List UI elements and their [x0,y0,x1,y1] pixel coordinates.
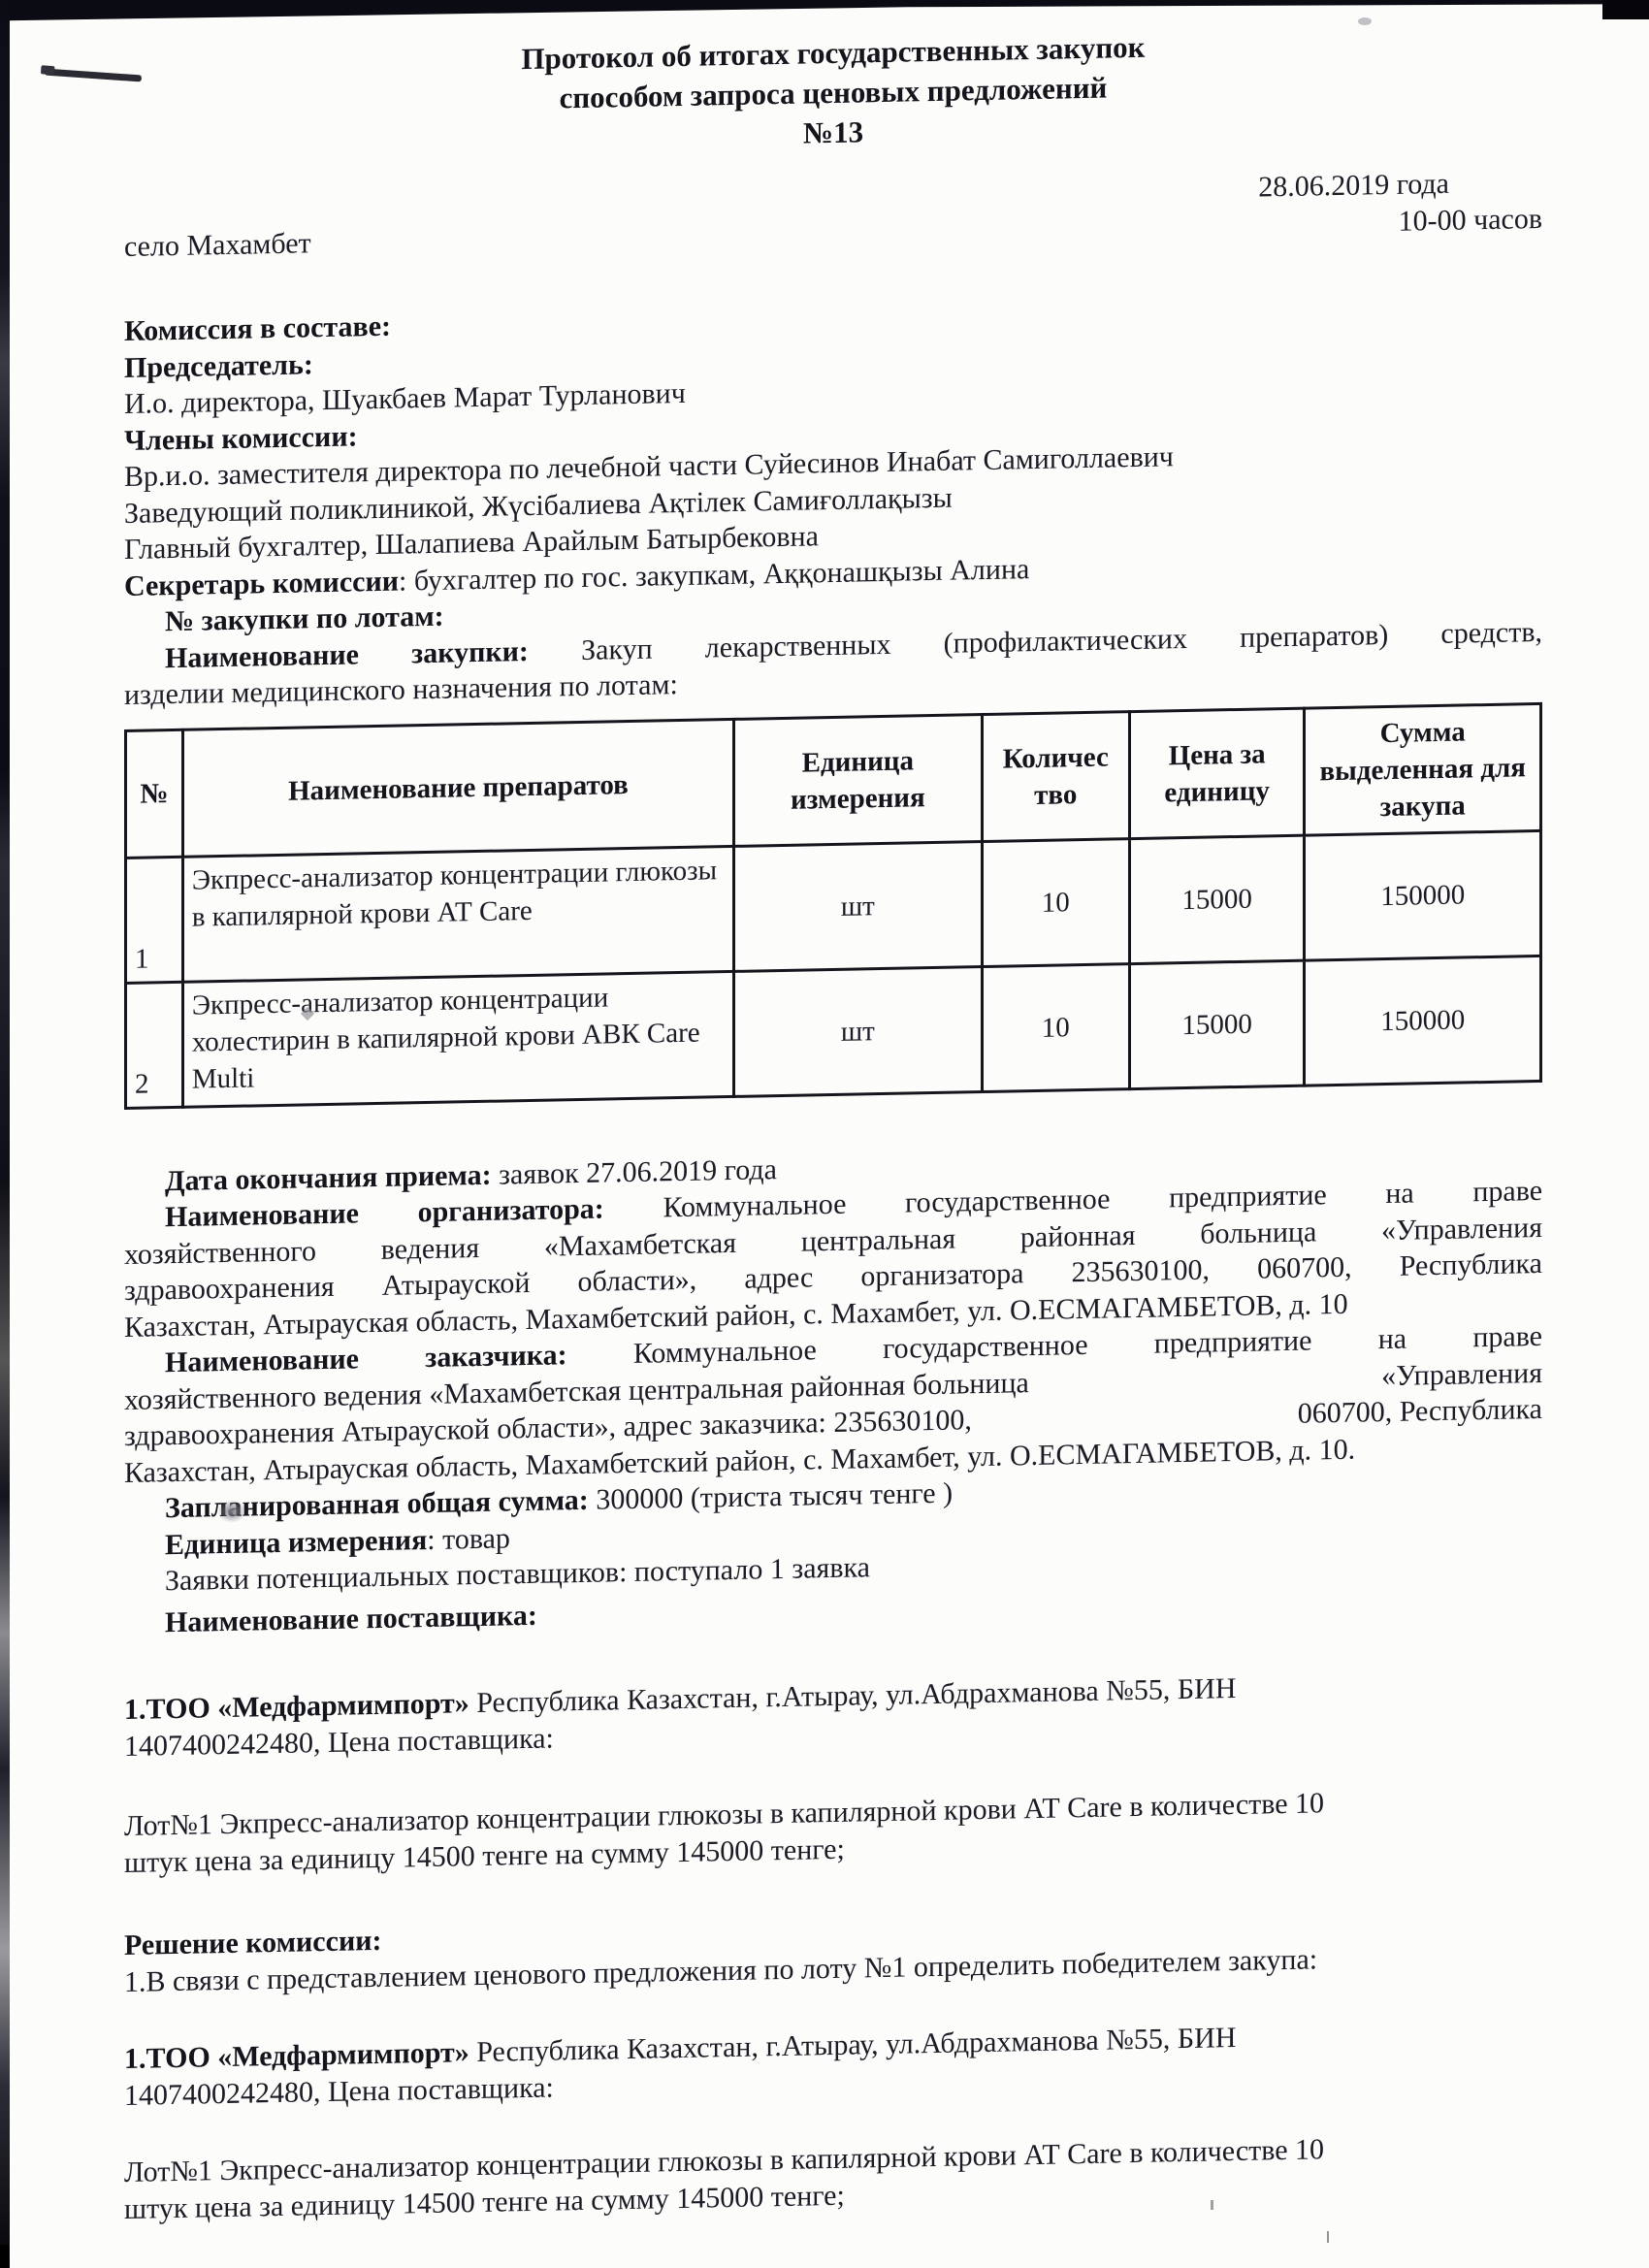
row-unit: шт [734,966,983,1096]
row-sum: 150000 [1305,830,1541,960]
document-content: Протокол об итогах государственных закуп… [124,19,1542,2227]
secretary-label: Секретарь комиссии [124,565,399,601]
scan-edge-left [0,0,10,2268]
row-sum: 150000 [1305,956,1541,1085]
supplier-1-block: 1.ТОО «Медфармимпорт» Республика Казахст… [124,1665,1542,1765]
row-price: 15000 [1129,835,1305,963]
supplier-1-name: 1.ТОО «Медфармимпорт» [124,1687,469,1726]
scan-smudge [217,1500,246,1523]
col-header-name: Наименование препаратов [182,719,733,857]
scan-corner-bottom-left [0,2245,9,2268]
col-header-sum: Сумма выделенная для закупа [1305,703,1541,835]
unit-label: Единица измерения [165,1524,427,1561]
document-date: 28.06.2019 года [1258,164,1542,207]
document-time: 10-00 часов [1258,201,1542,243]
row-drug-name: Экпресс-анализатор концентрации глюкозы … [182,846,733,982]
commission-section: Комиссия в составе: Председатель: И.о. д… [124,286,1542,714]
details-section: Дата окончания приема: заявок 27.06.2019… [124,1136,1542,1641]
customer-line-3b: 060700, Республика [1298,1391,1542,1432]
customer-line-2b: «Управления [1381,1354,1542,1394]
row-qty: 10 [982,838,1129,966]
row-qty: 10 [982,963,1129,1091]
row-drug-name: Экпресс-анализатор концентрации холестир… [182,971,733,1107]
scanned-document-page: Протокол об итогах государственных закуп… [0,0,1649,2268]
organizer-label: Наименование организатора: [165,1192,604,1233]
purchase-name-label: Наименование закупки: [165,634,529,673]
col-header-qty: Количес тво [982,711,1129,841]
decision-block: Решение комиссии: 1.В связи с представле… [124,1900,1542,2000]
scan-speck [1358,17,1372,25]
deadline-label: Дата окончания приема: [165,1158,492,1196]
row-number: 2 [126,982,183,1108]
winner-name: 1.ТОО «Медфармимпорт» [124,2036,469,2075]
document-place: село Махамбет [124,225,311,265]
scan-speck-bottom2 [1327,2231,1329,2243]
place-date-row: село Махамбет 28.06.2019 года 10-00 часо… [124,164,1542,265]
col-header-number: № [126,729,183,858]
table-row: 2 Экпресс-анализатор концентрации холест… [126,956,1541,1108]
total-sum-text: 300000 (триста тысяч тенге ) [589,1477,953,1516]
row-price: 15000 [1129,960,1305,1088]
unit-text: : товар [427,1522,510,1556]
winner-lot-block: Лот№1 Экпресс-анализатор концентрации гл… [124,2127,1542,2227]
row-unit: шт [734,841,983,971]
lots-table: № Наименование препаратов Единица измере… [124,701,1542,1109]
deadline-text: заявок 27.06.2019 года [492,1153,777,1191]
scan-corner-top-right [1602,0,1649,19]
document-title: Протокол об итогах государственных закуп… [124,19,1542,166]
col-header-price: Цена за единицу [1129,708,1305,838]
winner-block: 1.ТОО «Медфармимпорт» Республика Казахст… [124,2014,1542,2114]
supplier-1-lot-block: Лот№1 Экпресс-анализатор концентрации гл… [124,1781,1542,1881]
date-block: 28.06.2019 года 10-00 часов [1258,164,1542,243]
col-header-unit: Единица измерения [734,714,983,846]
row-number: 1 [126,857,183,983]
customer-label: Наименование заказчика: [165,1339,567,1378]
